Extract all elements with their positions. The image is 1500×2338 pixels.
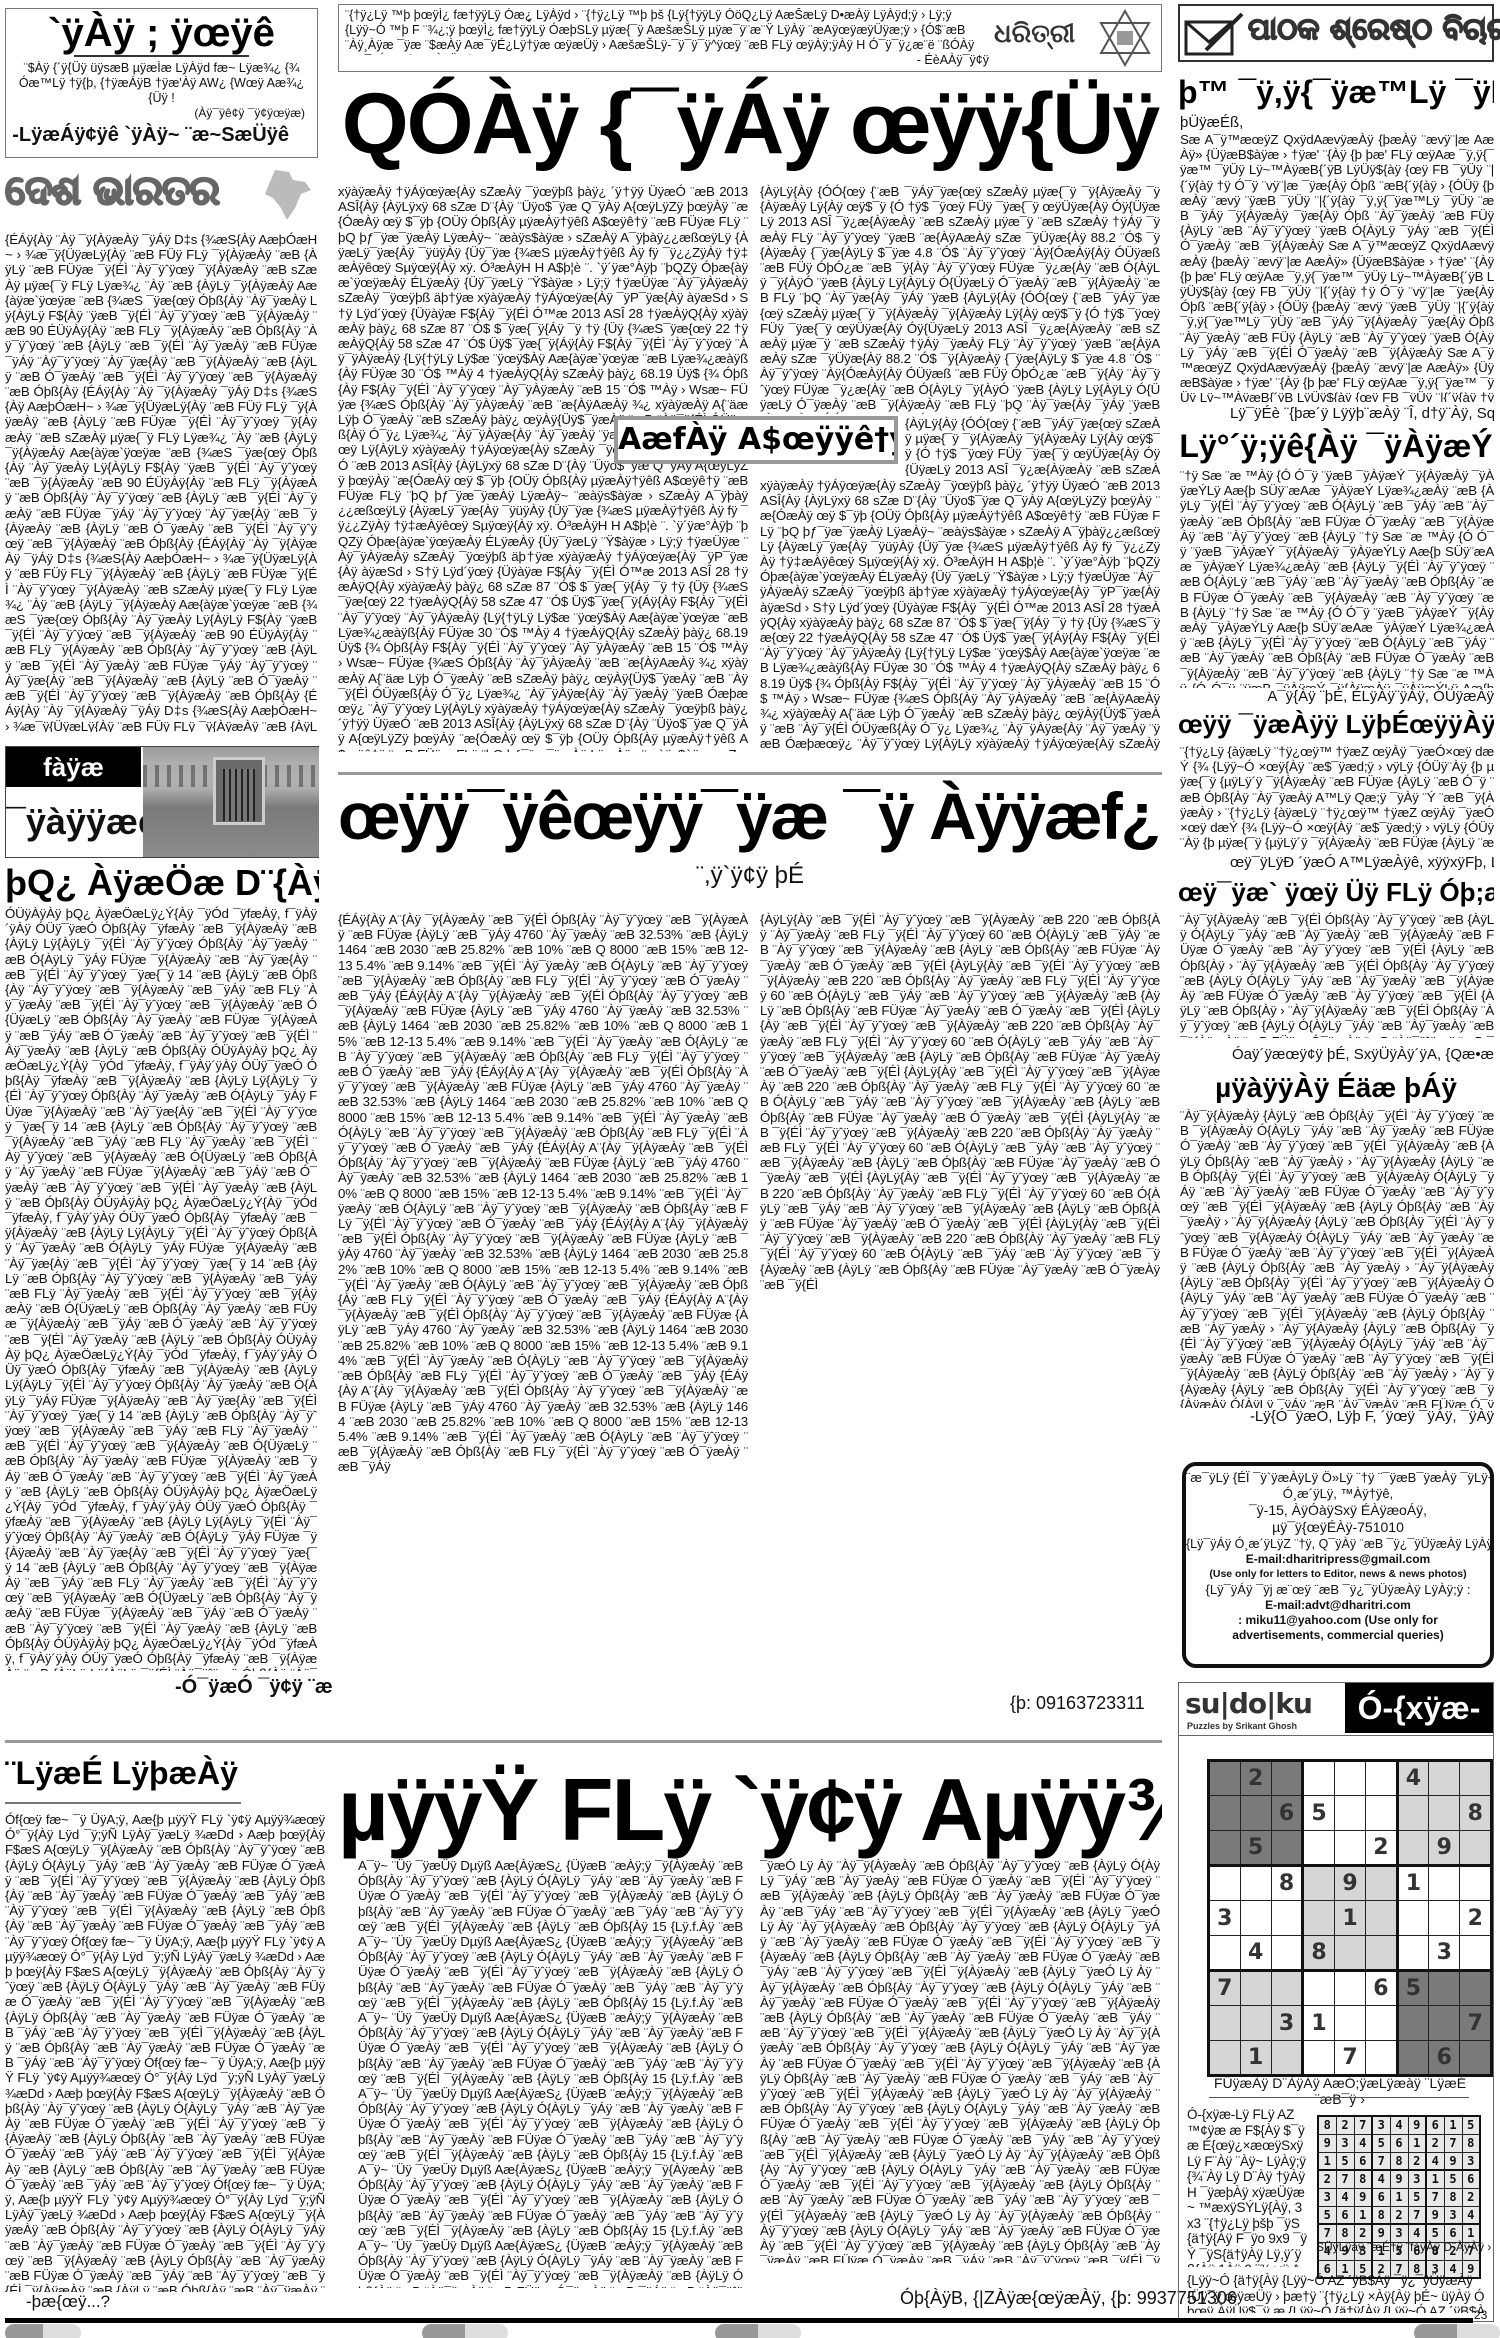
banner-attribution: - ÉèAÀÿ¯ÿ¢ÿ xyxy=(879,53,989,67)
sudoku-cell: 1 xyxy=(1240,2041,1271,2076)
contact-line-5: {Lÿ¯ÿÁÿ ¯ÿj æ¨œÿ ¨æB ¯ÿ¿¯ÿÜÿæÀÿ LÿÀÿ;ÿ : xyxy=(1186,1581,1490,1598)
scroll-indicator-2[interactable] xyxy=(422,2324,508,2338)
letters-section-header: ପାଠକ ଶ୍ରେଷ୍ଠ ବିଚାରକ xyxy=(1178,4,1494,62)
sudoku-solution-caption-visible: SÜÿLÿàÿ ¨æÉ†ÿ ¨fàÿÀÿ D¨ÀÿÀÿ › xyxy=(1316,2240,1494,2254)
sudoku-cell[interactable] xyxy=(1366,1866,1398,1901)
letter-3-body: ¨{†ÿ¿Lÿ {àÿæLÿ ¨†ÿ¿œÿ™ †ÿæZ œÿÀÿ ¯ÿæÓ×œÿ… xyxy=(1180,744,1494,850)
sudoku-cell[interactable] xyxy=(1240,1866,1271,1901)
sudoku-solution-grid: 8273496159345612781567824932784931563496… xyxy=(1317,2115,1481,2279)
letter-3-headline: œÿÿ ¯ÿæÀÿÿ LÿþÉœÿÿÀÿ ¯ÿÎ ¯ÿÀÿ;ÿ xyxy=(1178,706,1494,742)
sudoku-cell[interactable] xyxy=(1397,1796,1429,1831)
letter-2-byline: A¯ÿ{Àÿ ¨þÉ, ÉLÿÀÿ¨ÿÀÿ, ÓÜÿæÀÿ xyxy=(1230,688,1494,705)
feature-label-bottom: ¯ÿàÿÿæèÿêÀÿ xyxy=(6,787,141,857)
sudoku-cell: 8 xyxy=(1271,1866,1303,1901)
solution-cell: 7 xyxy=(1426,2188,1444,2206)
sudoku-cell: 4 xyxy=(1240,1936,1271,1971)
subhead-box: AæfÀÿ A$œÿÿê†ÿÿ xyxy=(614,416,898,464)
sudoku-cell[interactable] xyxy=(1334,1796,1365,1831)
sudoku-cell: 8 xyxy=(1460,1796,1492,1831)
sudoku-cell[interactable] xyxy=(1240,1971,1271,2006)
sudoku-cell[interactable] xyxy=(1334,1761,1365,1796)
second-story-contact: {þ: 09163723311 xyxy=(1010,1693,1145,1714)
sudoku-grid[interactable]: 24658529891312483765317176 xyxy=(1207,1759,1493,2077)
solution-cell: 9 xyxy=(1408,2116,1426,2134)
quote-body: ¨$Àÿ {´ÿ{Üÿ üÿsæB µÿæÌæ LÿÀÿd fæ~ Lÿæ¾¿ … xyxy=(6,61,317,106)
solution-cell: 8 xyxy=(1462,2134,1480,2152)
sudoku-credit: Puzzles by Srikant Ghosh xyxy=(1187,1721,1297,1731)
scroll-indicator-1[interactable] xyxy=(5,2324,81,2338)
footer-rule xyxy=(5,2318,1473,2323)
sudoku-caption: FÜÿæÀÿ D¨ÀÿÀÿ AæÓ;ÿæLÿæàÿ ¨LÿæÉ ¨æB¯ÿ › xyxy=(1205,2075,1475,2107)
bottom-main-column-2: ¯ÿæÓ Lÿ Àÿ ¨Àÿ¯ÿ{ÀÿæÀÿ ¨æB Óþß{Àÿ ¨Àÿ¯ÿˆ… xyxy=(760,1858,1160,2263)
letters-section-title: ପାଠକ ଶ୍ରେଷ୍ଠ ବିଚାରକ xyxy=(1248,12,1500,47)
letter-1-salutation: þÜÿæÉß, xyxy=(1180,114,1243,131)
sudoku-cell: 9 xyxy=(1334,1866,1365,1901)
letter-5-headline: µÿàÿÿÀÿ Éäæ þÁÿ xyxy=(1178,1070,1494,1106)
sudoku-cell[interactable] xyxy=(1334,2006,1365,2041)
bottom-left-tail: -þæ{œÿ...? xyxy=(26,2292,110,2312)
sudoku-footer: {Lÿÿ~Ó {ä†ÿ{Àÿ {Lÿÿ~Ó AZ ´ÿB$Àÿ ¯ÿ¿¯ÿÜÿæ… xyxy=(1187,2273,1487,2313)
editor-email-link[interactable]: E-mail:dharitripress@gmail.com xyxy=(1186,1552,1490,1567)
solution-cell: 1 xyxy=(1354,2206,1372,2224)
sudoku-cell[interactable] xyxy=(1397,2041,1429,2076)
letter-5-body: ¨Àÿ¯ÿ{ÀÿæÀÿ {ÀÿLÿ ¨æB Óþß{Àÿ ¯ÿ{ÉÌ ¨Àÿ¯ÿ… xyxy=(1180,1108,1494,1408)
advt-alt-email-link[interactable]: : miku11@yahoo.com (Use only for xyxy=(1186,1613,1490,1628)
sudoku-cell[interactable] xyxy=(1240,2006,1271,2041)
divider-bottom-section xyxy=(5,1740,1162,1743)
solution-cell: 8 xyxy=(1318,2116,1336,2134)
solution-cell: 3 xyxy=(1336,2134,1354,2152)
sudoku-cell[interactable] xyxy=(1366,1796,1398,1831)
sudoku-cell: 1 xyxy=(1397,1866,1429,1901)
sudoku-cell[interactable] xyxy=(1366,2006,1398,2041)
solution-cell: 9 xyxy=(1318,2134,1336,2152)
sudoku-cell[interactable] xyxy=(1209,1761,1241,1796)
sudoku-cell[interactable] xyxy=(1303,2041,1335,2076)
solution-cell: 9 xyxy=(1444,2152,1462,2170)
solution-cell: 1 xyxy=(1444,2116,1462,2134)
sudoku-cell: 1 xyxy=(1334,1901,1365,1936)
top-quote-banner: ¨{†ÿ¿Lÿ ™þ þœÿÌ¿ fæ†ÿÿLÿ Óæܾ¿ LÿÀÿd › ¨{… xyxy=(338,4,1162,72)
sudoku-cell: 4 xyxy=(1397,1761,1429,1796)
sudoku-panel: su|do|ku Puzzles by Srikant Ghosh Ó-{xÿæ… xyxy=(1178,1682,1494,2322)
sudoku-logo: su|do|ku xyxy=(1185,1687,1312,1720)
solution-cell: 6 xyxy=(1372,2188,1390,2206)
left-story-body: {ÉÁÿ{Àÿ ¨Àÿ ¯ÿ{ÀÿæÀÿ ¯ÿÁÿ D‡s {¾æS{Àÿ Aæ… xyxy=(5,232,317,732)
sudoku-cell[interactable] xyxy=(1366,1936,1398,1971)
sudoku-cell[interactable] xyxy=(1460,1831,1492,1866)
solution-cell: 7 xyxy=(1372,2152,1390,2170)
quote-title-rule xyxy=(74,55,249,57)
solution-cell: 7 xyxy=(1354,2116,1372,2134)
letter-4-body: ¨Àÿ¯ÿ{ÀÿæÀÿ ¨æB ¯ÿ{ÉÌ Óþß{Àÿ ¨Àÿ¯ÿˆÿœÿ ¨… xyxy=(1180,912,1494,1038)
solution-cell: 4 xyxy=(1372,2170,1390,2188)
main-story-column-2b: {ÀÿLÿ{Àÿ {ÓÓ{œÿ {¨æB ¯ÿÁÿ¯ÿæ{œÿ sZæÀÿ µÿ… xyxy=(905,416,1160,476)
bottom-main-column-1: A¯ÿ~ ¨Üÿ ¯ÿæÜÿ Dµÿß Aæ{ÀÿæS¿ {ÜÿæB ¨æÀÿ;… xyxy=(358,1858,743,2288)
sudoku-cell[interactable] xyxy=(1460,1866,1492,1901)
letter-4-headline: œÿ¯ÿæ` ÿœÿ Üÿ FLÿ Óþ;æ xyxy=(1178,874,1494,910)
sudoku-cell: 2 xyxy=(1460,1901,1492,1936)
feature-label-top: fàÿæ xÿæFÀÿê xyxy=(6,747,141,787)
sudoku-cell[interactable] xyxy=(1303,1831,1335,1866)
solution-cell: 7 xyxy=(1408,2206,1426,2224)
sudoku-cell[interactable] xyxy=(1271,1936,1303,1971)
sudoku-header-rule xyxy=(1179,1735,1493,1736)
solution-cell: 3 xyxy=(1462,2152,1480,2170)
sudoku-cell[interactable] xyxy=(1429,1796,1460,1831)
letter-1-headline: þ™ ¯ÿ,ÿ{¯ÿæ™Lÿ ¯ÿLÿ†ÿ LÿÀÿæ œÿ ¾æD xyxy=(1178,72,1494,112)
bottom-left-headline: ¨LÿæÉ LÿþæÀÿ ÓóÜÿ xyxy=(5,1750,241,1796)
solution-cell: 9 xyxy=(1390,2170,1408,2188)
letter-2-headline: Lÿ°´ÿ;ÿê{Àÿ ¯ÿÀÿæÝ xyxy=(1178,426,1494,466)
sudoku-cell: 7 xyxy=(1334,2041,1365,2076)
sudoku-cell[interactable] xyxy=(1460,1936,1492,1971)
sudoku-cell: 8 xyxy=(1303,1936,1335,1971)
solution-cell: 4 xyxy=(1390,2116,1408,2134)
main-story-column-2: {ÀÿLÿ{Àÿ {ÓÓ{œÿ {¨æB ¯ÿÁÿ¯ÿæ{œÿ sZæÀÿ µÿ… xyxy=(760,184,1160,414)
second-story-column-1: {ÉÁÿ{Àÿ A¨{Àÿ ¯ÿ{ÀÿæÀÿ ¨æB ¯ÿ{ÉÌ Óþß{Àÿ … xyxy=(338,912,748,1688)
solution-cell: 1 xyxy=(1408,2134,1426,2152)
solution-cell: 6 xyxy=(1390,2134,1408,2152)
solution-cell: 8 xyxy=(1444,2188,1462,2206)
solution-cell: 4 xyxy=(1336,2188,1354,2206)
editor-email-note: (Use only for letters to Editor, news & … xyxy=(1186,1567,1490,1581)
sudoku-cell: 3 xyxy=(1271,2006,1303,2041)
solution-cell: 2 xyxy=(1390,2206,1408,2224)
solution-cell: 3 xyxy=(1444,2206,1462,2224)
sudoku-cell[interactable] xyxy=(1303,1901,1335,1936)
sudoku-cell[interactable] xyxy=(1429,1866,1460,1901)
solution-cell: 7 xyxy=(1444,2134,1462,2152)
solution-cell: 2 xyxy=(1318,2170,1336,2188)
solution-cell: 5 xyxy=(1336,2152,1354,2170)
sudoku-cell: 1 xyxy=(1303,2006,1335,2041)
sudoku-cell[interactable] xyxy=(1209,2006,1241,2041)
solution-cell: 2 xyxy=(1336,2116,1354,2134)
sudoku-cell: 2 xyxy=(1240,1761,1271,1796)
main-story-column-1: xÿàÿæÀÿ †ÿÁÿœÿæ{Àÿ sZæÀÿ ¯ÿœÿþß þàÿ¿ ´ÿ†… xyxy=(338,184,748,752)
sudoku-cell: 6 xyxy=(1366,1971,1398,2006)
second-story-headline: œÿÿ¯ÿêœÿÿ¯ÿæ ¯ÿ Àÿÿæf¿Lÿ Óæ¯ÿàÿÿ°ê LÿÀÿæ… xyxy=(338,776,1162,856)
letter-5-byline: -Lÿ{Ó¯ÿæÓ, Lÿþ F, ´ÿœÿ ¯ÿÁÿ, ¯ÿÀÿ xyxy=(1230,1408,1494,1425)
feature-photo xyxy=(143,747,319,857)
sudoku-cell[interactable] xyxy=(1209,1936,1241,1971)
bottom-main-headline: µÿÿŸ FLÿ `ÿ¢ÿ Aµÿÿ¾æœÿ xyxy=(338,1760,1162,1860)
solution-cell: 1 xyxy=(1390,2188,1408,2206)
sudoku-cell: 5 xyxy=(1240,1831,1271,1866)
bottom-left-body: Óf{œÿ fæ~ ¯ÿ ÜÿA;ÿ, Aæ{þ µÿÿŸ FLÿ `ÿ¢ÿ A… xyxy=(5,1812,325,2292)
sudoku-cell[interactable] xyxy=(1209,2041,1241,2076)
sudoku-cell[interactable] xyxy=(1209,1866,1241,1901)
sudoku-cell[interactable] xyxy=(1429,1971,1460,2006)
solution-cell: 5 xyxy=(1318,2206,1336,2224)
solution-cell: 7 xyxy=(1336,2170,1354,2188)
sudoku-cell[interactable] xyxy=(1209,1796,1241,1831)
solution-cell: 6 xyxy=(1426,2116,1444,2134)
solution-cell: 5 xyxy=(1444,2170,1462,2188)
sudoku-cell[interactable] xyxy=(1271,2041,1303,2076)
second-story-byline: ¨,ÿ`ÿ¢ÿ þÉ xyxy=(650,862,850,890)
sudoku-cell: 6 xyxy=(1271,1796,1303,1831)
solution-cell: 5 xyxy=(1462,2116,1480,2134)
left-feature-headline: þQ¿ ÀÿæÖæ D¨{Àÿ ¯ÿfæÀÿ xyxy=(5,862,319,904)
sudoku-cell[interactable] xyxy=(1271,1971,1303,2006)
solution-cell: 2 xyxy=(1426,2134,1444,2152)
sudoku-cell: 7 xyxy=(1209,1971,1241,2006)
sudoku-cell: 6 xyxy=(1429,2041,1460,2076)
sudoku-cell[interactable] xyxy=(1397,1901,1429,1936)
sudoku-cell[interactable] xyxy=(1366,1901,1398,1936)
sudoku-cell[interactable] xyxy=(1271,1901,1303,1936)
scroll-indicator-4[interactable] xyxy=(1414,2324,1500,2338)
sudoku-cell: 2 xyxy=(1366,1831,1398,1866)
scroll-indicator-3[interactable] xyxy=(715,2324,801,2338)
sudoku-cell[interactable] xyxy=(1429,1761,1460,1796)
contact-line-1: ¨æ¯ÿLÿ {ÉÏ ¯ÿ`ÿæÀÿLÿ Ö»Lÿ ¨†ÿ ¨¯ÿæB¯ÿæÀÿ… xyxy=(1186,1470,1490,1486)
letter-3-byline: œÿ¯ÿLÿÐ ´ÿæÓ A™LÿæÀÿê, xÿÿxÿFþ, LÿsLÿ xyxy=(1230,854,1494,871)
sudoku-title: Ó-{xÿæ-Lÿ xyxy=(1345,1683,1493,1733)
contact-box: ¨æ¯ÿLÿ {ÉÏ ¯ÿ`ÿæÀÿLÿ Ö»Lÿ ¨†ÿ ¨¯ÿæB¯ÿæÀÿ… xyxy=(1182,1462,1494,1668)
solution-cell: 1 xyxy=(1426,2170,1444,2188)
sudoku-cell[interactable] xyxy=(1460,1761,1492,1796)
sudoku-cell[interactable] xyxy=(1460,1971,1492,2006)
sudoku-caption-rule xyxy=(1209,2097,1469,2098)
main-story-column-2c: xÿàÿæÀÿ †ÿÁÿœÿæ{Àÿ sZæÀÿ ¯ÿœÿþß þàÿ¿ ´ÿ†… xyxy=(760,478,1160,752)
sudoku-cell[interactable] xyxy=(1240,1796,1271,1831)
banner-text: ¨{†ÿ¿Lÿ ™þ þœÿÌ¿ fæ†ÿÿLÿ Óæܾ¿ LÿÀÿd › ¨{… xyxy=(345,8,985,55)
sudoku-rules: Ó-{xÿæ-Lÿ FLÿ AZ ™¢ÿæ æ F${Àÿ $¯ÿæ É{œÿ¿… xyxy=(1187,2107,1307,2267)
sudoku-cell: 3 xyxy=(1429,1936,1460,1971)
solution-cell: 4 xyxy=(1426,2152,1444,2170)
quote-source: (Àÿ¯ÿê¢ÿ ¯ÿ¢ÿœÿæ) xyxy=(6,106,317,120)
solution-cell: 4 xyxy=(1462,2206,1480,2224)
letter-1-body: Sæ A¯ÿ™æœÿZ QxÿdAævÿæÀÿ {þæÀÿ ¨ævÿ¨|æ Aæ… xyxy=(1180,132,1494,402)
letter-1-byline: Lÿ¯ÿÉè ¨{þæ´ÿ Lÿÿþ¨æÀÿ ¨Î, d†ÿ¨Àÿ, Sqæþ xyxy=(1230,405,1494,422)
solution-cell: 6 xyxy=(1336,2206,1354,2224)
sudoku-cell: 5 xyxy=(1397,1971,1429,2006)
left-feature-body: ÓÜÿÀÿÀÿ þQ¿ ÀÿæÖæLÿ¿Ý{Àÿ ¯ÿÓd ¯ÿfæÀÿ, f¯… xyxy=(5,906,317,1671)
sudoku-cell: 7 xyxy=(1460,2006,1492,2041)
sudoku-cell[interactable] xyxy=(1366,2041,1398,2076)
sudoku-cell: 5 xyxy=(1303,1796,1335,1831)
sudoku-cell[interactable] xyxy=(1303,1971,1335,2006)
sudoku-cell[interactable] xyxy=(1429,2006,1460,2041)
letter-4-byline: Óaÿ´ÿæœÿ¢ÿ þÉ, SxÿÜÿÀÿ´ÿA, {Qæ•æ xyxy=(1230,1046,1494,1063)
contact-address: ¯ÿ-15, ÀÿÓàÿSxÿ ÉÀÿæoÁÿ, µÿ¯ÿ{œÿÉÀÿ-7510… xyxy=(1186,1502,1490,1536)
bottom-left-rule xyxy=(5,1802,241,1804)
contact-line-4: {Lÿ¯ÿÁÿ Ó¸æ´ÿLÿZ ¨†ÿ, Q¯ÿÀÿ ¨æB ¯ÿ¿¯ÿÜÿæ… xyxy=(1186,1536,1490,1552)
sudoku-cell[interactable] xyxy=(1366,1761,1398,1796)
solution-cell: 4 xyxy=(1354,2134,1372,2152)
solution-cell: 8 xyxy=(1354,2170,1372,2188)
solution-cell: 9 xyxy=(1426,2206,1444,2224)
solution-cell: 2 xyxy=(1462,2188,1480,2206)
envelope-pen-icon xyxy=(1184,10,1244,58)
quote-title: `ÿÀÿ ; ÿœÿê xyxy=(6,11,317,55)
solution-cell: 3 xyxy=(1318,2188,1336,2206)
advt-email-link[interactable]: E-mail:advt@dharitri.com xyxy=(1186,1598,1490,1613)
sudoku-cell[interactable] xyxy=(1271,1761,1303,1796)
sudoku-cell[interactable] xyxy=(1334,1831,1365,1866)
solution-cell: 8 xyxy=(1372,2206,1390,2224)
sudoku-cell[interactable] xyxy=(1397,1831,1429,1866)
solution-cell: 6 xyxy=(1462,2170,1480,2188)
sudoku-cell[interactable] xyxy=(1303,1761,1335,1796)
sudoku-cell: 3 xyxy=(1209,1901,1241,1936)
sudoku-cell[interactable] xyxy=(1460,2041,1492,2076)
sudoku-cell[interactable] xyxy=(1397,2006,1429,2041)
section-logo-desh-bharatar: ଦେଶ ଭାରତର xyxy=(5,168,315,222)
letter-2-body: ¨†ÿ Sæ ¨æ ™Àÿ {Ó Ó¯ÿ ¨ÿæB ¯ÿÀÿæÝ ¯ÿ{ÀÿæÀ… xyxy=(1180,468,1494,688)
sudoku-cell[interactable] xyxy=(1271,1831,1303,1866)
advt-email-note: advertisements, commercial queries) xyxy=(1186,1628,1490,1643)
india-map-icon xyxy=(255,168,315,222)
main-story-headline: QÓÀÿ {¯ÿÁÿ œÿÿ{Üÿ xyxy=(338,74,1162,174)
solution-cell: 5 xyxy=(1372,2134,1390,2152)
quote-of-day-box: `ÿÀÿ ; ÿœÿê ¨$Àÿ {´ÿ{Üÿ üÿsæB µÿæÌæ LÿÀÿ… xyxy=(5,8,318,158)
sudoku-cell[interactable] xyxy=(1429,1901,1460,1936)
subhead-text: AæfÀÿ A$œÿÿê†ÿÿ xyxy=(618,420,894,460)
second-story-column-2: {ÀÿLÿ{Àÿ ¨æB ¯ÿ{ÉÌ ¨Àÿ¯ÿˆÿœÿ ¨æB ¯ÿ{ÀÿæÀ… xyxy=(760,912,1160,1672)
star-of-david-emblem-icon xyxy=(1097,9,1153,67)
solution-cell: 3 xyxy=(1408,2170,1426,2188)
contact-line-2: Ó¸æ´ÿLÿ, ™Àÿ†ÿê, xyxy=(1186,1486,1490,1502)
sudoku-cell[interactable] xyxy=(1397,1936,1429,1971)
sudoku-cell: 9 xyxy=(1429,1831,1460,1866)
sudoku-cell[interactable] xyxy=(1303,1866,1335,1901)
solution-cell: 8 xyxy=(1390,2152,1408,2170)
sudoku-cell[interactable] xyxy=(1209,1831,1241,1866)
solution-cell: 9 xyxy=(1354,2188,1372,2206)
sudoku-cell[interactable] xyxy=(1334,1971,1365,2006)
solution-cell: 5 xyxy=(1408,2188,1426,2206)
section-logo-text: ଦେଶ ଭାରତର xyxy=(5,168,219,214)
divider-main-second xyxy=(338,772,1162,775)
solution-cell: 6 xyxy=(1354,2152,1372,2170)
solution-cell: 3 xyxy=(1372,2116,1390,2134)
left-feature-byline: -Ó¯ÿæÓ ¯ÿ¢ÿ ¨æ xyxy=(175,1676,333,1699)
page-number: 23 xyxy=(1474,2308,1487,2322)
solution-cell: 2 xyxy=(1408,2152,1426,2170)
sudoku-cell[interactable] xyxy=(1240,1901,1271,1936)
solution-cell: 1 xyxy=(1318,2152,1336,2170)
quote-author: -LÿæÁÿ¢ÿê `ÿÀÿ~ ¨æ~SæÜÿê xyxy=(6,124,317,147)
left-feature-box: fàÿæ xÿæFÀÿê ¯ÿàÿÿæèÿêÀÿ xyxy=(5,746,319,858)
sudoku-cell[interactable] xyxy=(1334,1936,1365,1971)
newspaper-logo: ଧରିତ୍ରୀ xyxy=(994,19,1075,50)
